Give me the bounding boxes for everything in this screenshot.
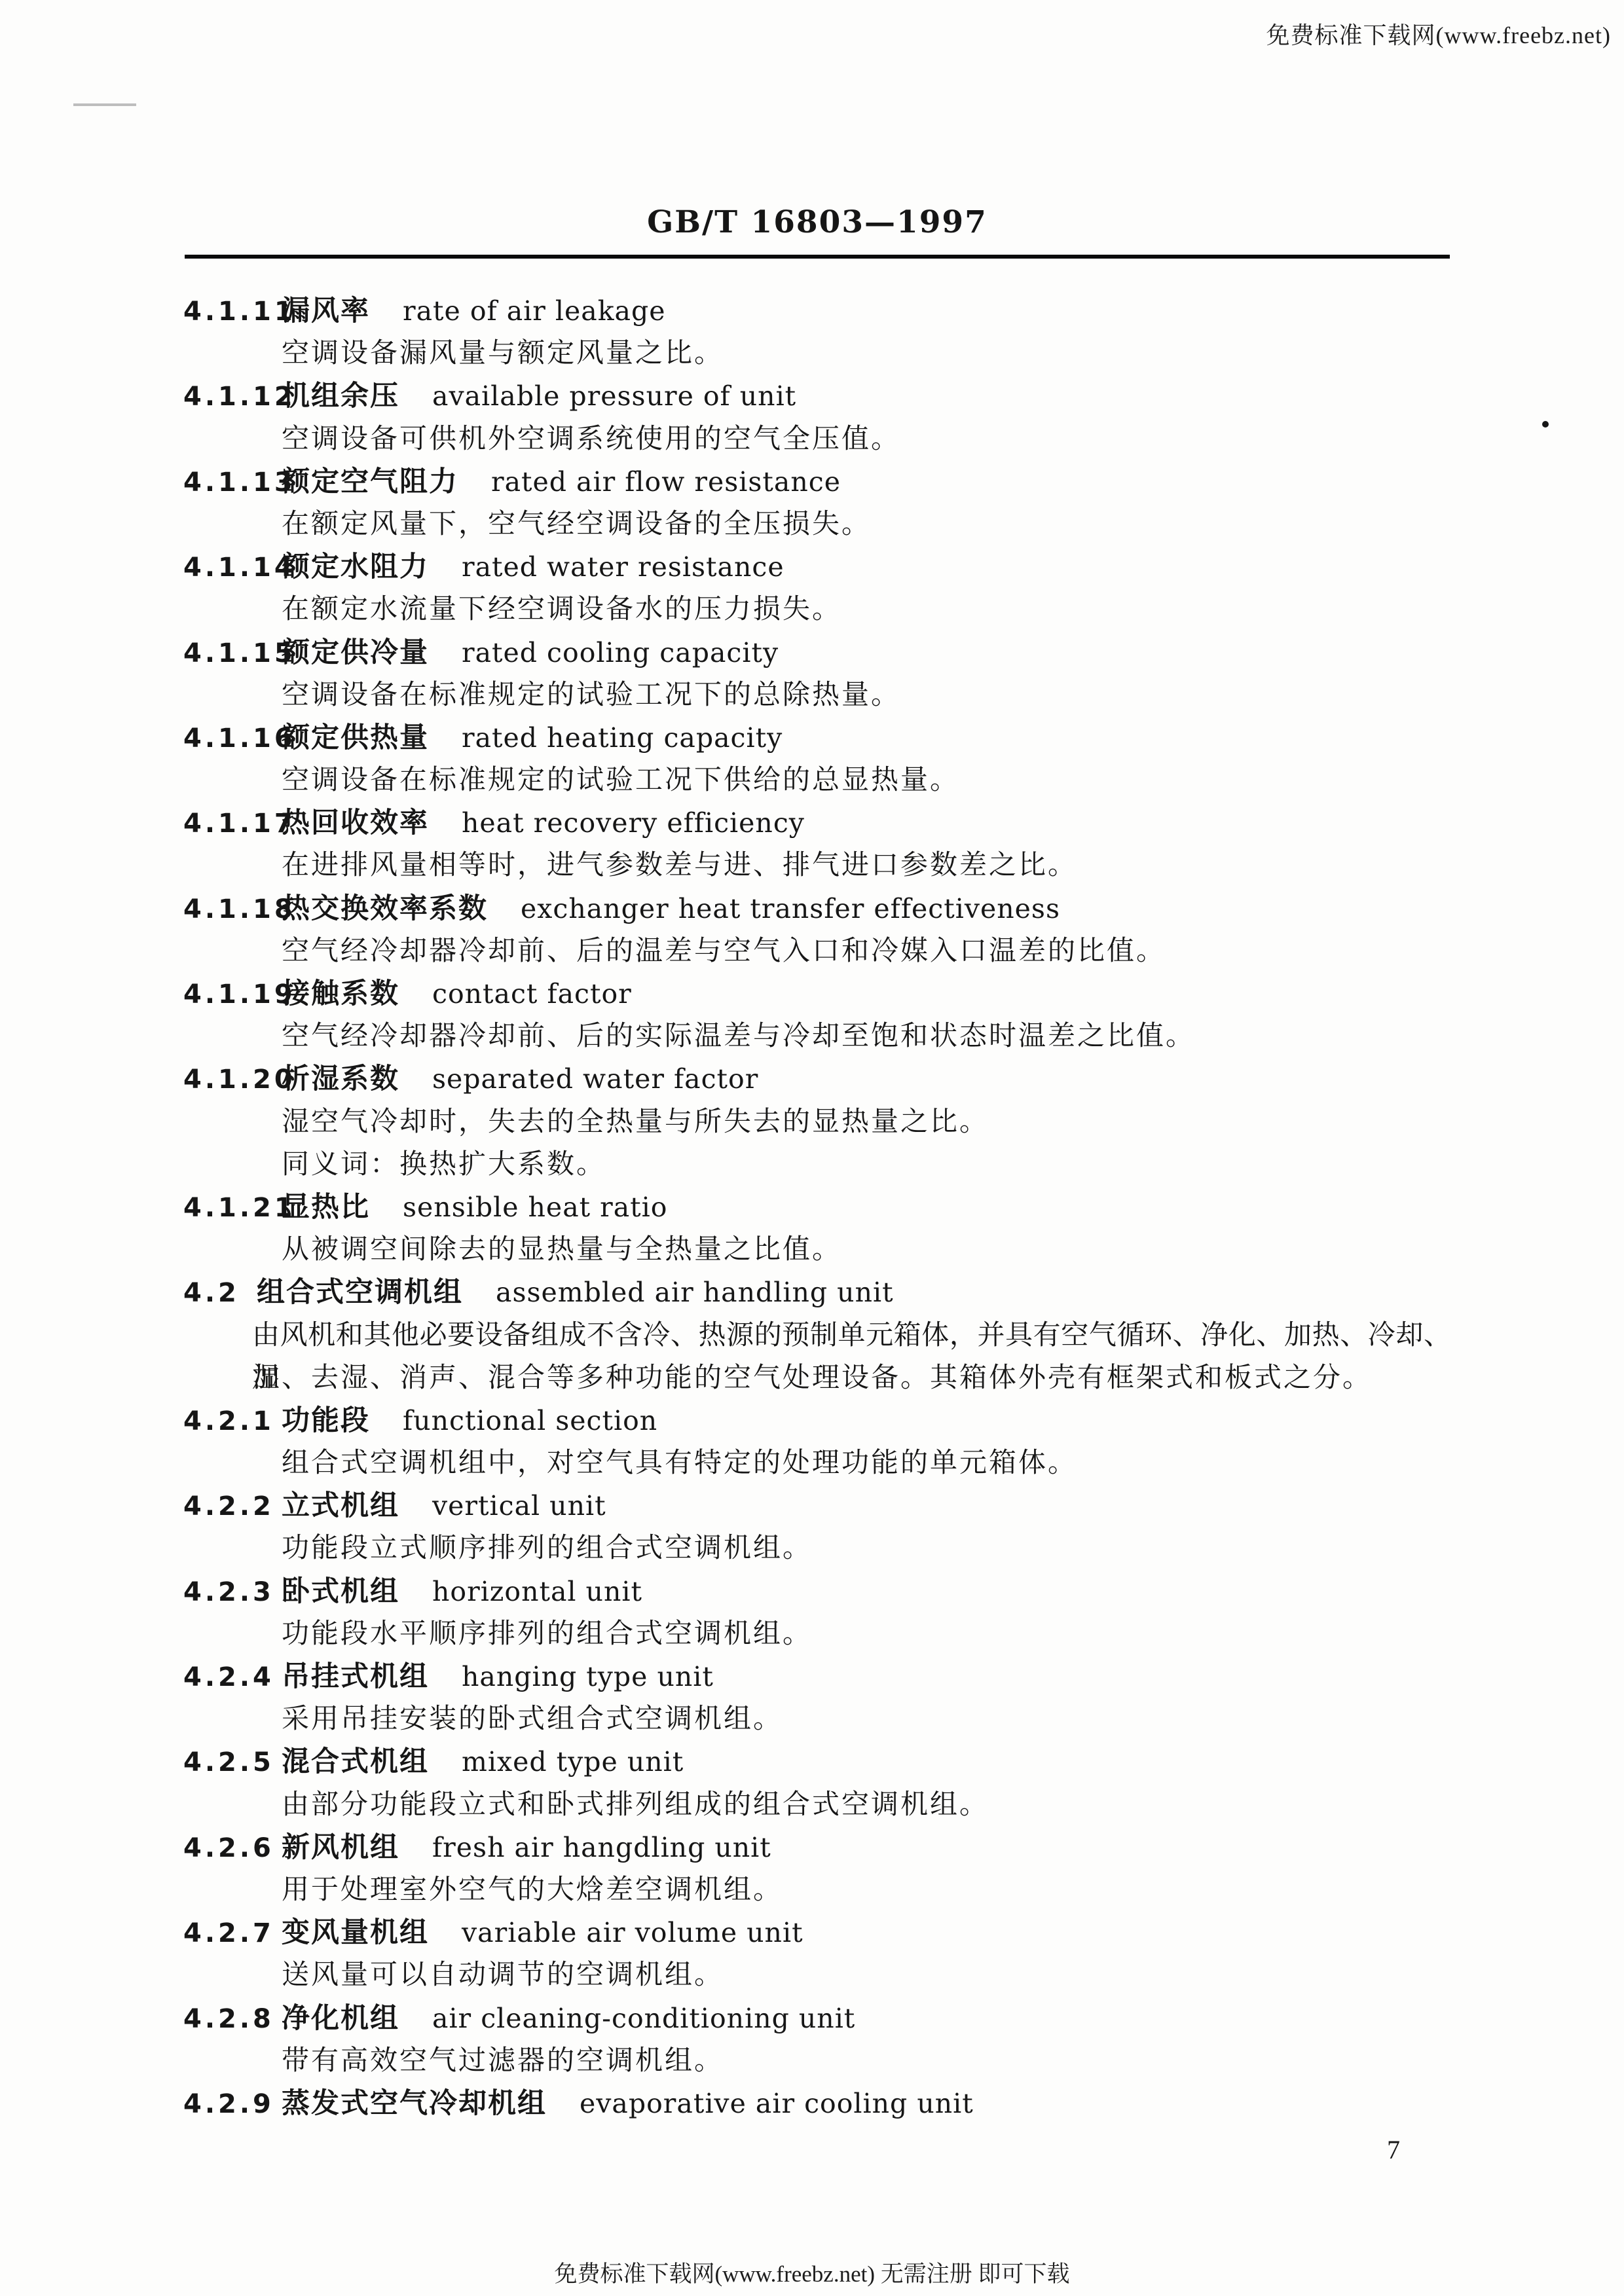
term-english: variable air volume unit [462,1917,803,1948]
term-chinese: 吊挂式机组 [282,1660,429,1693]
term-line: 4.1.13额定空气阻力rated air flow resistance [183,461,1451,503]
term-line: 4.1.15额定供冷量rated cooling capacity [183,632,1451,674]
header-rule [185,255,1450,259]
definition-line: 在额定风量下，空气经空调设备的全压损失。 [183,503,1451,546]
term-english: rate of air leakage [403,295,666,327]
definition-line: 从被调空间除去的显热量与全热量之比值。 [183,1229,1451,1271]
term-chinese: 析湿系数 [282,1063,399,1095]
definition-line: 空气经冷却器冷却前、后的温差与空气入口和冷媒入口温差的比值。 [183,930,1451,973]
definition-line: 采用吊挂安装的卧式组合式空调机组。 [183,1698,1451,1741]
scan-artifact-line [73,103,136,106]
term-entry: 4.2组合式空调机组assembled air handling unit 由风… [183,1271,1451,1400]
clause-number: 4.2.6 [183,1827,282,1870]
term-english: rated water resistance [462,551,784,583]
term-line: 4.1.17热回收效率heat recovery efficiency [183,802,1451,845]
term-entry: 4.1.16额定供热量rated heating capacity 空调设备在标… [183,717,1451,802]
term-chinese: 显热比 [282,1191,370,1224]
page-number: 7 [1387,2134,1400,2165]
clause-number: 4.1.20 [183,1059,282,1101]
term-english: evaporative air cooling unit [580,2088,974,2119]
term-chinese: 净化机组 [282,2002,399,2035]
term-entry: 4.2.9蒸发式空气冷却机组evaporative air cooling un… [183,2083,1451,2125]
term-entry: 4.2.1功能段functional section 组合式空调机组中，对空气具… [183,1400,1451,1485]
term-entry: 4.1.11漏风率rate of air leakage 空调设备漏风量与额定风… [183,290,1451,375]
term-line: 4.2.9蒸发式空气冷却机组evaporative air cooling un… [183,2083,1451,2125]
definition-line: 湿空气冷却时，失去的全热量与所失去的显热量之比。 [183,1101,1451,1144]
watermark-top: 免费标准下载网(www.freebz.net) [1266,17,1611,50]
definition-line: 组合式空调机组中，对空气具有特定的处理功能的单元箱体。 [183,1442,1451,1485]
term-english: available pressure of unit [432,380,796,412]
term-english: contact factor [432,978,632,1010]
term-line: 4.1.21显热比sensible heat ratio [183,1186,1451,1229]
definition-line: 由风机和其他必要设备组成不含冷、热源的预制单元箱体，并具有空气循环、净化、加热、… [183,1315,1451,1357]
definition-line: 功能段水平顺序排列的组合式空调机组。 [183,1613,1451,1656]
term-chinese: 接触系数 [282,977,399,1010]
term-line: 4.1.19接触系数contact factor [183,973,1451,1015]
clause-number: 4.1.18 [183,888,282,931]
term-entry: 4.1.20析湿系数separated water factor 湿空气冷却时，… [183,1058,1451,1186]
term-english: air cleaning-conditioning unit [432,2003,855,2034]
term-english: horizontal unit [432,1576,642,1607]
term-chinese: 热交换效率系数 [282,892,488,925]
clause-number: 4.2.4 [183,1656,282,1699]
term-line: 4.2.2立式机组vertical unit [183,1485,1451,1527]
term-entry: 4.1.18热交换效率系数exchanger heat transfer eff… [183,888,1451,973]
term-line: 4.1.14额定水阻力rated water resistance [183,546,1451,589]
clause-number: 4.1.14 [183,547,282,589]
watermark-bottom: 免费标准下载网(www.freebz.net) 无需注册 即可下载 [0,2256,1624,2289]
term-line: 4.2.3卧式机组horizontal unit [183,1571,1451,1613]
document-page: 免费标准下载网(www.freebz.net) GB/T 16803—1997 … [0,0,1624,2296]
definition-line: 空调设备在标准规定的试验工况下的总除热量。 [183,674,1451,717]
term-english: hanging type unit [462,1661,714,1692]
definition-line: 用于处理室外空气的大焓差空调机组。 [183,1869,1451,1912]
term-chinese: 机组余压 [282,380,399,412]
term-entry: 4.2.5混合式机组mixed type unit 由部分功能段立式和卧式排列组… [183,1741,1451,1826]
clause-number: 4.2.2 [183,1485,282,1528]
term-entry: 4.1.13额定空气阻力rated air flow resistance 在额… [183,461,1451,546]
term-chinese: 混合式机组 [282,1745,429,1778]
term-english: exchanger heat transfer effectiveness [521,893,1060,924]
definition-line: 在额定水流量下经空调设备水的压力损失。 [183,589,1451,631]
definition-line: 湿、去湿、消声、混合等多种功能的空气处理设备。其箱体外壳有框架式和板式之分。 [183,1357,1451,1400]
term-chinese: 额定供冷量 [282,636,429,669]
term-chinese: 功能段 [282,1404,370,1437]
term-chinese: 变风量机组 [282,1916,429,1949]
definition-line: 空调设备漏风量与额定风量之比。 [183,333,1451,375]
term-chinese: 额定供热量 [282,721,429,754]
term-chinese: 新风机组 [282,1831,399,1864]
definition-line: 在进排风量相等时，进气参数差与进、排气进口参数差之比。 [183,845,1451,887]
term-entry: 4.2.6新风机组fresh air hangdling unit 用于处理室外… [183,1827,1451,1912]
term-entry: 4.2.2立式机组vertical unit 功能段立式顺序排列的组合式空调机组… [183,1485,1451,1570]
clause-number: 4.1.13 [183,462,282,504]
term-line: 4.1.18热交换效率系数exchanger heat transfer eff… [183,888,1451,930]
scan-artifact-dot [1542,421,1549,428]
definition-line: 空气经冷却器冷却前、后的实际温差与冷却至饱和状态时温差之比值。 [183,1015,1451,1058]
term-english: rated cooling capacity [462,637,779,668]
clause-number: 4.1.15 [183,632,282,675]
term-entry: 4.2.7变风量机组variable air volume unit 送风量可以… [183,1912,1451,1997]
clause-number: 4.2.8 [183,1998,282,2041]
clause-number: 4.2.1 [183,1400,282,1443]
definition-line: 同义词：换热扩大系数。 [183,1144,1451,1186]
term-line: 4.2.7变风量机组variable air volume unit [183,1912,1451,1954]
clause-number: 4.1.19 [183,974,282,1016]
terminology-list: 4.1.11漏风率rate of air leakage 空调设备漏风量与额定风… [183,290,1451,2125]
term-line: 4.1.11漏风率rate of air leakage [183,290,1451,333]
term-entry: 4.1.15额定供冷量rated cooling capacity 空调设备在标… [183,632,1451,717]
term-entry: 4.2.4吊挂式机组hanging type unit 采用吊挂安装的卧式组合式… [183,1656,1451,1741]
clause-number: 4.2.7 [183,1912,282,1955]
definition-line: 带有高效空气过滤器的空调机组。 [183,2040,1451,2083]
term-line: 4.2组合式空调机组assembled air handling unit [183,1271,1451,1314]
definition-line: 空调设备在标准规定的试验工况下供给的总显热量。 [183,759,1451,802]
term-chinese: 组合式空调机组 [257,1276,463,1309]
term-line: 4.2.1功能段functional section [183,1400,1451,1442]
term-english: rated air flow resistance [491,466,841,498]
term-chinese: 蒸发式空气冷却机组 [282,2087,547,2120]
doc-number: GB/T 16803—1997 [183,204,1451,240]
term-line: 4.2.8净化机组air cleaning-conditioning unit [183,1997,1451,2040]
term-english: vertical unit [432,1490,606,1522]
clause-number: 4.2.9 [183,2083,282,2126]
clause-number: 4.2.3 [183,1571,282,1614]
clause-number: 4.1.16 [183,718,282,760]
term-chinese: 漏风率 [282,295,370,327]
definition-line: 功能段立式顺序排列的组合式空调机组。 [183,1527,1451,1570]
term-entry: 4.1.19接触系数contact factor 空气经冷却器冷却前、后的实际温… [183,973,1451,1058]
term-english: mixed type unit [462,1746,684,1777]
clause-number: 4.1.17 [183,803,282,845]
term-line: 4.1.12机组余压available pressure of unit [183,375,1451,418]
definition-line: 空调设备可供机外空调系统使用的空气全压值。 [183,418,1451,461]
clause-number: 4.1.12 [183,376,282,418]
term-english: sensible heat ratio [403,1192,667,1223]
term-chinese: 额定空气阻力 [282,465,458,498]
term-entry: 4.1.14额定水阻力rated water resistance 在额定水流量… [183,546,1451,631]
term-english: separated water factor [432,1063,758,1095]
term-line: 4.1.16额定供热量rated heating capacity [183,717,1451,759]
clause-number: 4.2 [183,1272,257,1315]
clause-number: 4.1.11 [183,291,282,333]
term-english: functional section [403,1405,657,1436]
term-chinese: 额定水阻力 [282,551,429,583]
definition-line: 送风量可以自动调节的空调机组。 [183,1954,1451,1997]
term-entry: 4.1.17热回收效率heat recovery efficiency 在进排风… [183,802,1451,887]
term-line: 4.2.4吊挂式机组hanging type unit [183,1656,1451,1698]
term-chinese: 热回收效率 [282,807,429,839]
term-line: 4.2.5混合式机组mixed type unit [183,1741,1451,1783]
term-chinese: 立式机组 [282,1489,399,1522]
term-entry: 4.2.8净化机组air cleaning-conditioning unit … [183,1997,1451,2083]
term-line: 4.1.20析湿系数separated water factor [183,1058,1451,1101]
term-english: assembled air handling unit [496,1277,894,1308]
term-entry: 4.2.3卧式机组horizontal unit 功能段水平顺序排列的组合式空调… [183,1571,1451,1656]
clause-number: 4.2.5 [183,1741,282,1784]
clause-number: 4.1.21 [183,1187,282,1230]
term-entry: 4.1.21显热比sensible heat ratio 从被调空间除去的显热量… [183,1186,1451,1271]
term-english: rated heating capacity [462,722,783,754]
term-chinese: 卧式机组 [282,1575,399,1608]
term-entry: 4.1.12机组余压available pressure of unit 空调设… [183,375,1451,460]
definition-line: 由部分功能段立式和卧式排列组成的组合式空调机组。 [183,1784,1451,1827]
term-english: heat recovery efficiency [462,807,805,839]
term-line: 4.2.6新风机组fresh air hangdling unit [183,1827,1451,1869]
term-english: fresh air hangdling unit [432,1832,771,1863]
